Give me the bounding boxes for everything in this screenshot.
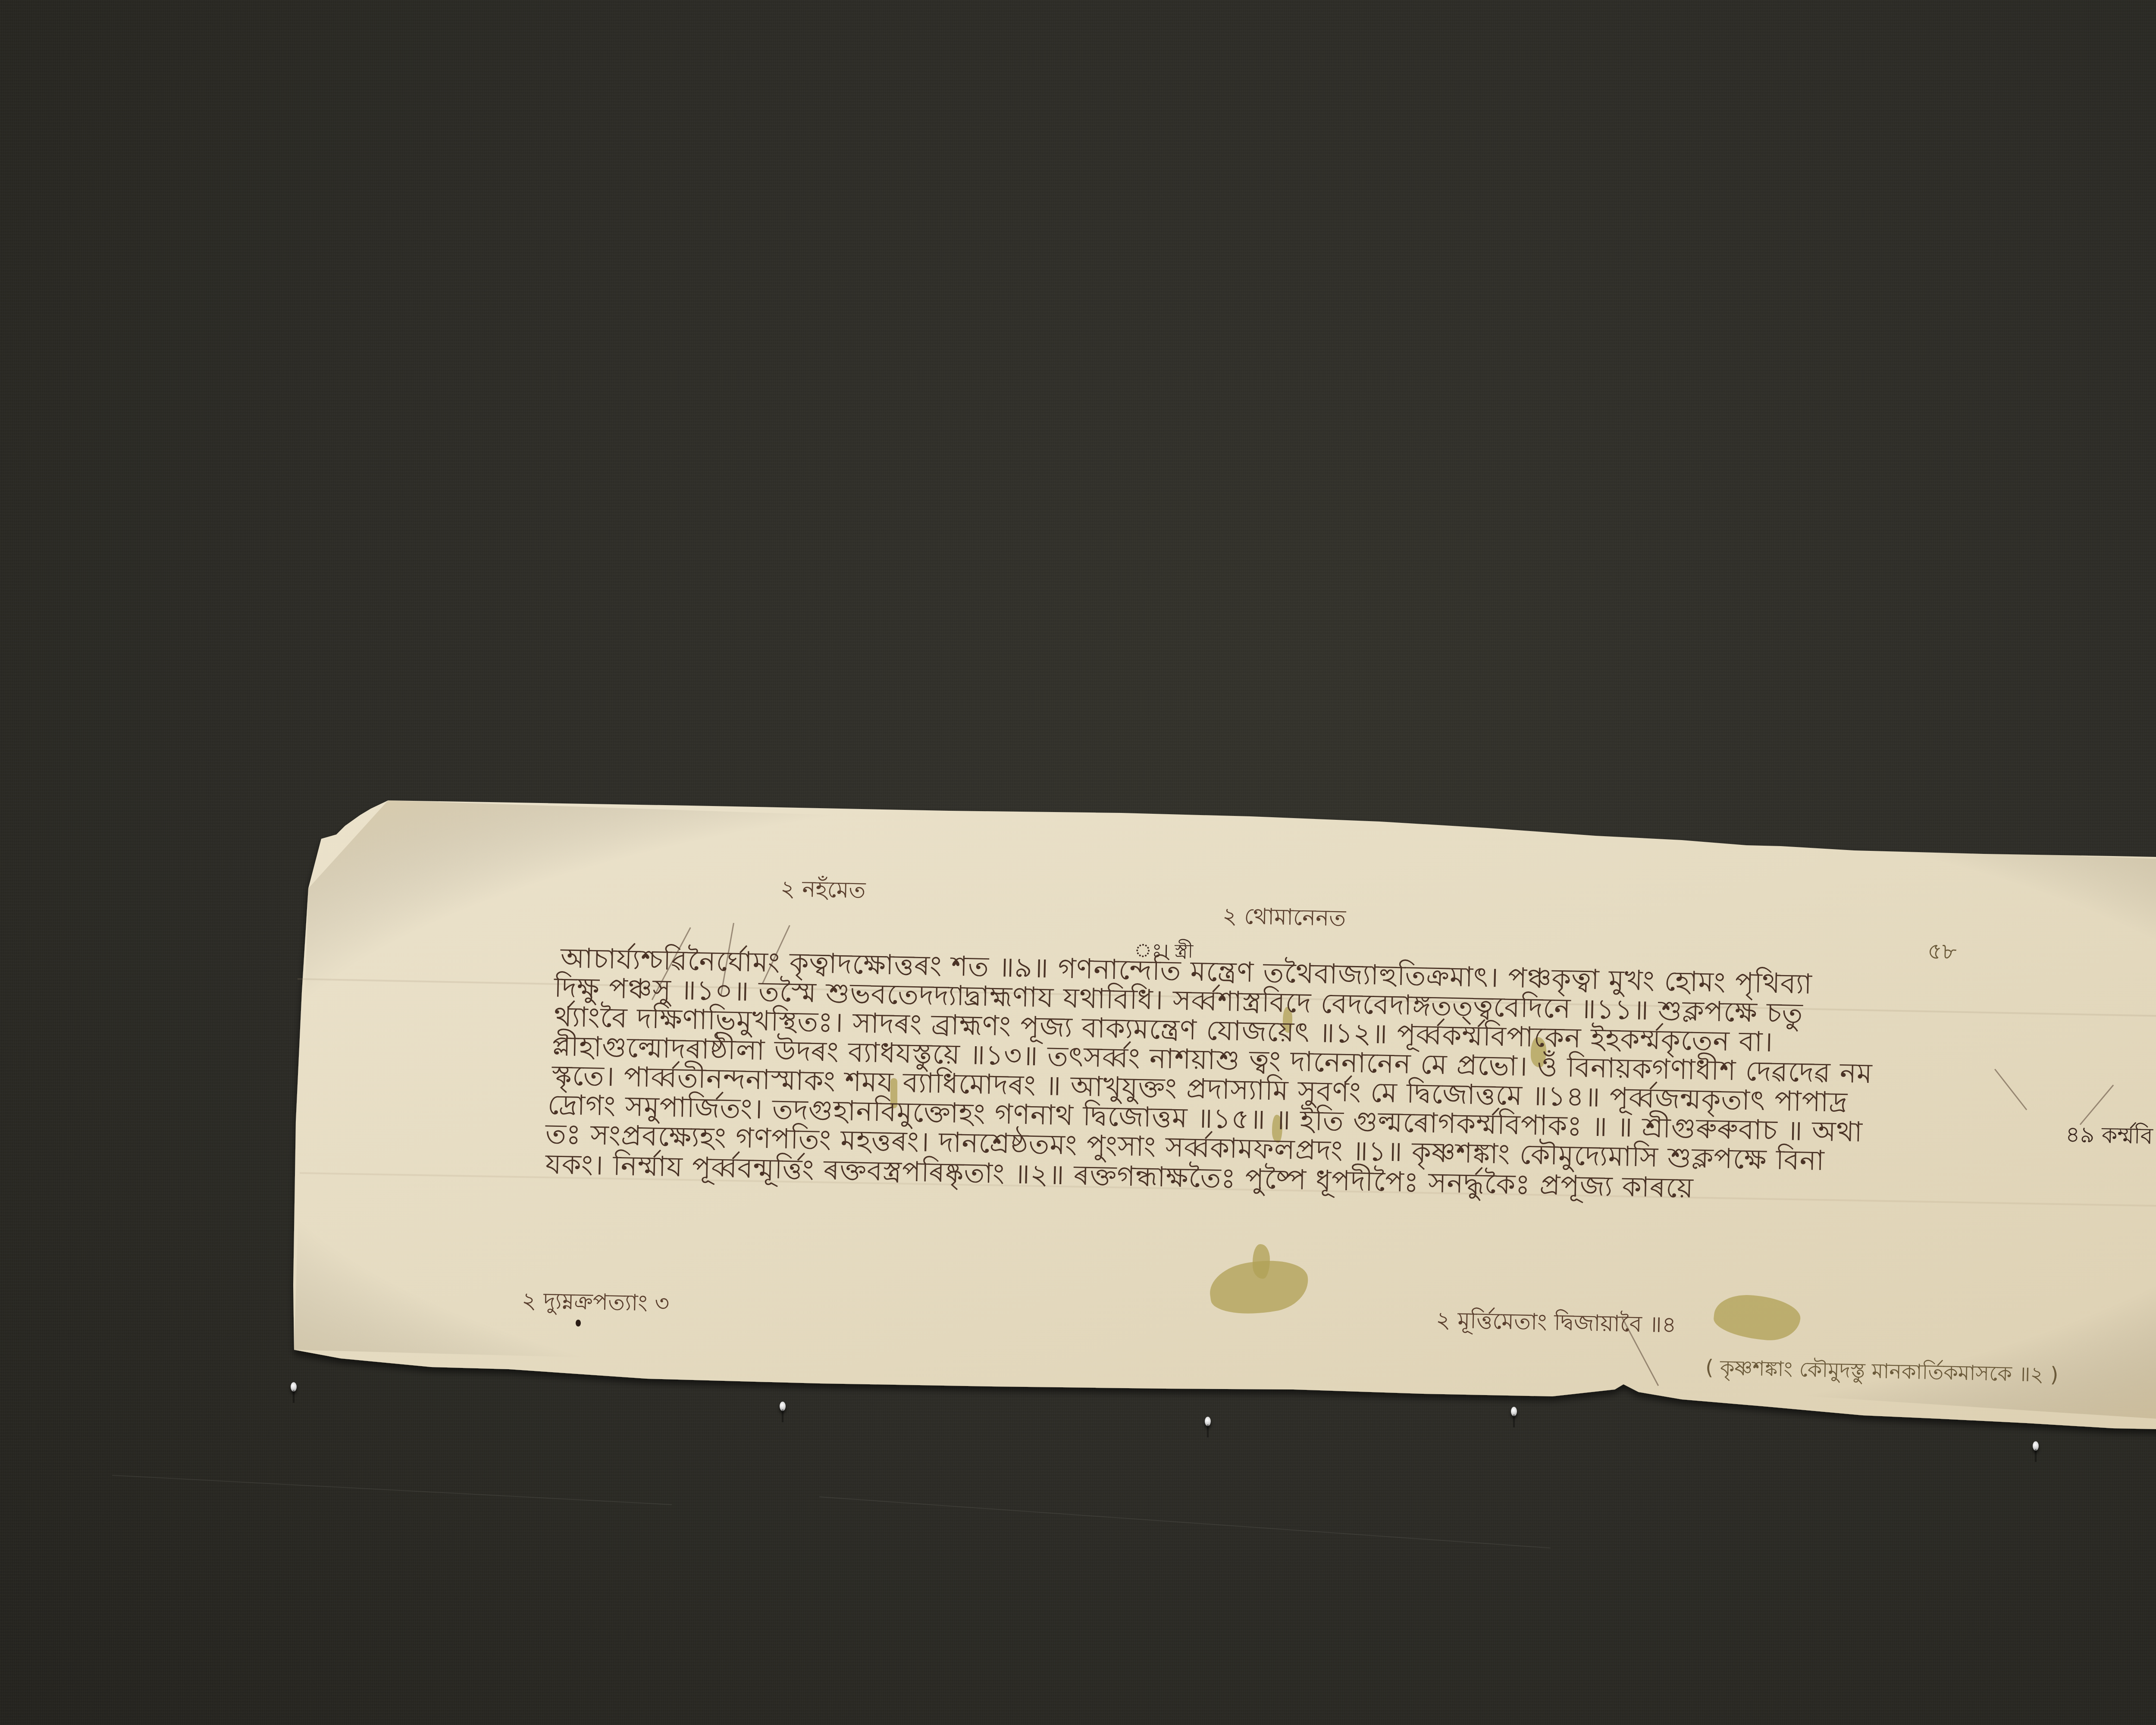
right-margin-note: ৪৯ কৰ্ম্মবি (2065, 1123, 2153, 1148)
bottom-parenthetical-note: ( কৃষ্ণশঙ্কাং কৌমুদস্তু মানকাৰ্তিকমাসকে … (1705, 1356, 2059, 1386)
mounting-pin (780, 1402, 786, 1411)
manuscript-content: ২ নহঁমেত ২ থোমানেনত ঃ। স্ত্রী ৫৮ আচাৰ্য্… (0, 0, 2156, 1725)
photo-scene: ২ নহঁমেত ২ থোমানেনত ঃ। স্ত্রী ৫৮ আচাৰ্য্… (0, 0, 2156, 1725)
top-center-marker-note: ২ থোমানেনত (1222, 905, 1346, 930)
mounting-pin (2033, 1441, 2039, 1451)
stain-patch (1712, 1292, 1802, 1343)
top-left-marker-note: ২ নহঁমেত (780, 878, 866, 902)
insertion-mark-stroke (2080, 1085, 2114, 1125)
page-number-note: ৫৮ (1927, 940, 1957, 963)
bottom-center-note: ২ মূৰ্ত্তিমেতাং দ্বিজায়াবৈ ॥৪ (1435, 1309, 1677, 1336)
mounting-pin (1511, 1407, 1517, 1416)
stain-patch (1253, 1244, 1270, 1279)
ink-dot (576, 1320, 581, 1327)
mounting-pin (1205, 1417, 1211, 1426)
insertion-mark-stroke (1994, 1069, 2027, 1110)
bottom-left-note: ২ দ্যুম্নক্ৰপত্যাং ৩ (521, 1289, 669, 1315)
mounting-pin (291, 1382, 297, 1392)
